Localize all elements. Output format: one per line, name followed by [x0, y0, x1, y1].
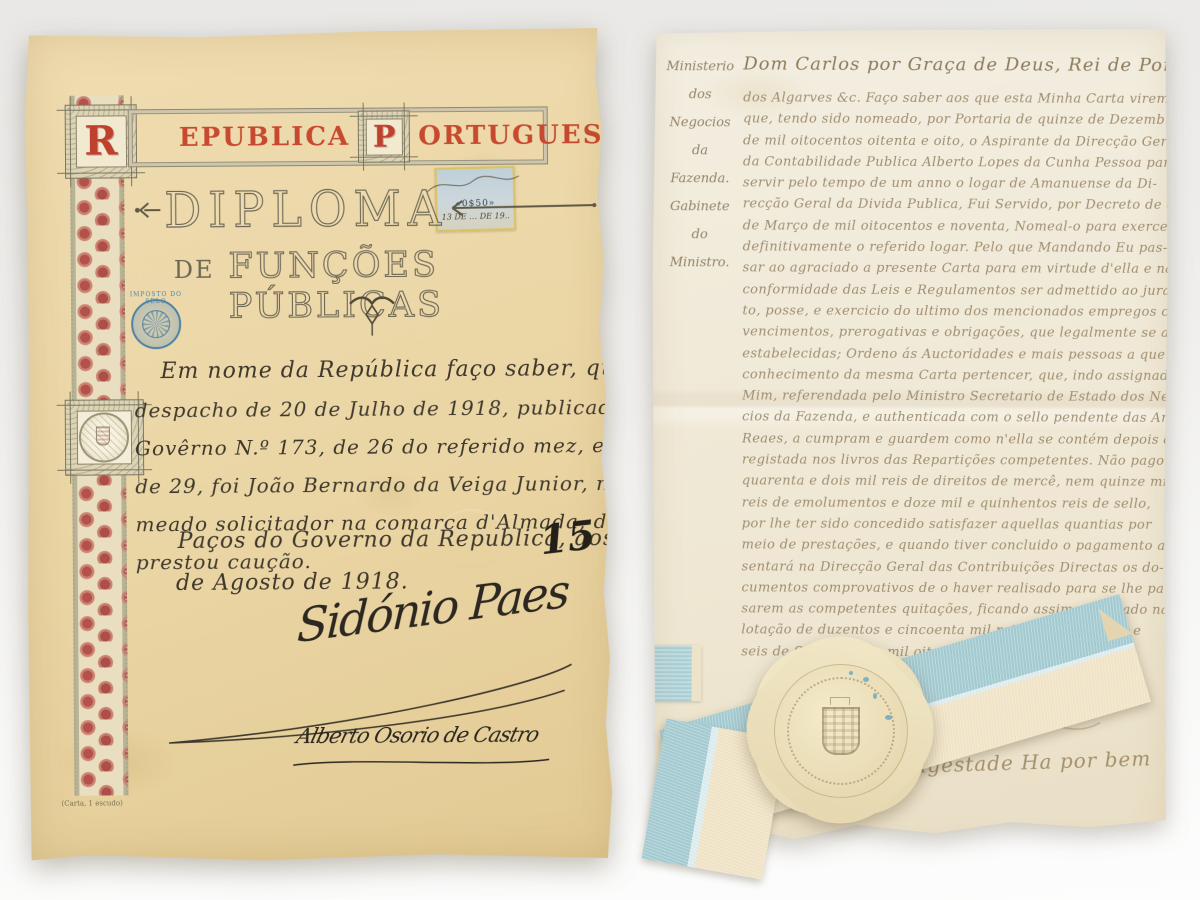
handwritten-line: servir pelo tempo de um anno o logar de … — [743, 173, 1165, 196]
margin-line: Gabinete — [657, 193, 743, 221]
handwritten-line: da Contabilidade Publica Alberto Lopes d… — [743, 151, 1165, 174]
margin-line: Ministro. — [657, 249, 743, 277]
fleuron-left-icon — [130, 195, 164, 225]
header-word-portuguesa: ORTUGUESA — [418, 120, 626, 151]
handwritten-line: recção Geral da Divida Publica, Fui Serv… — [743, 194, 1165, 217]
dateline-day: 15 — [537, 511, 598, 564]
printer-note: (Carta, 1 escudo) — [61, 799, 122, 807]
margin-line: Negocios — [657, 109, 743, 137]
initial-letter-p: P — [366, 118, 403, 155]
pendent-paper-seal — [745, 635, 935, 825]
header-banner: EPUBLICA P ORTUGUESA — [128, 106, 548, 167]
margin-line: do — [657, 221, 743, 249]
blue-speck — [873, 693, 877, 699]
handwritten-line: estabelecidas; Ordeno ás Auctoridades e … — [742, 343, 1164, 366]
title-diploma: DIPLOMA — [164, 180, 448, 239]
shield-icon — [96, 426, 110, 445]
title-row: DIPLOMA — [130, 180, 598, 237]
fleuron-ornament-icon — [344, 291, 400, 337]
subtitle-de: DE — [174, 256, 215, 284]
handwritten-line: despacho de 20 de Julho de 1918, publica… — [135, 388, 615, 429]
seal-embossed-face — [774, 664, 908, 798]
ministry-margin-note: MinisteriodosNegociosdaFazenda.Gabineted… — [657, 53, 744, 277]
handwritten-line: vencimentos, prerogativas e obrigações, … — [742, 322, 1164, 345]
margin-line: dos — [657, 81, 743, 109]
margin-line: da — [657, 137, 743, 165]
handwritten-line: por lhe ter sido concedido satisfazer aq… — [742, 513, 1164, 536]
handwritten-line: conhecimento da mesma Carta pertencer, q… — [742, 364, 1164, 387]
margin-line: Fazenda. — [657, 165, 743, 193]
tax-stamp-cross-icon — [142, 310, 170, 338]
diploma-paper: R EPUBLICA P ORTUGUESA — [24, 28, 615, 862]
handwritten-line: to, posse, e exercicio do ultimo dos men… — [742, 300, 1164, 323]
subtitle-funcoes-publicas: FUNÇÕES PÚBLICAS — [228, 244, 611, 327]
handwritten-line: reis de emolumentos e doze mil e quinhen… — [742, 492, 1164, 515]
handwritten-line: registada nos livros das Repartições com… — [742, 449, 1164, 472]
initial-letter-r-box: R — [65, 104, 138, 179]
tax-stamp: IMPOSTO DO SELO — [129, 291, 183, 351]
initial-letter-p-box: P — [358, 110, 410, 162]
tax-stamp-label: IMPOSTO DO SELO — [129, 291, 183, 305]
handwritten-line: de Março de mil oitocentos e noventa, No… — [743, 215, 1165, 238]
signature-minister-underline — [291, 752, 553, 770]
handwritten-line: dos Algarves &c. Faço saber aos que esta… — [743, 87, 1165, 110]
handwritten-line: sar ao agraciado a presente Carta para e… — [743, 258, 1165, 281]
signature-minister: Alberto Osorio de Castro — [294, 722, 541, 748]
coat-of-arms-medallion — [65, 399, 145, 476]
royal-arms-icon — [822, 707, 860, 755]
blue-speck — [849, 671, 853, 675]
fleuron-right-icon — [448, 192, 598, 223]
header-word-republica: EPUBLICA — [179, 122, 351, 153]
blue-speck — [863, 677, 869, 682]
blue-speck — [885, 715, 892, 720]
handwritten-line: Mim, referendada pelo Ministro Secretari… — [742, 386, 1164, 409]
handwritten-line: Govêrno N.º 173, de 26 do referido mez, … — [135, 426, 615, 467]
handwritten-line: de mil oitocentos oitenta e oito, o Aspi… — [743, 130, 1165, 153]
handwritten-line: definitivamente o referido logar. Pelo q… — [743, 236, 1165, 259]
handwritten-line: cumentos comprovativos de o haver realis… — [741, 577, 1163, 600]
handwritten-line: sentará na Direcção Geral das Contribuiç… — [742, 556, 1164, 579]
handwritten-line: quarenta e dois mil reis de direitos de … — [742, 471, 1164, 494]
handwritten-line: meio de prestações, e quando tiver concl… — [742, 535, 1164, 558]
royal-letter-body: dos Algarves &c. Faço saber aos que esta… — [741, 87, 1165, 663]
seal-legend-ring — [787, 677, 895, 785]
handwritten-line: Em nome da República faço saber, que por — [134, 350, 614, 391]
handwritten-line: Reaes, a cumpram e guardem como n'ella s… — [742, 428, 1164, 451]
ribbon-fragment — [653, 645, 701, 701]
handwritten-line: que, tendo sido nomeado, por Portaria de… — [743, 109, 1165, 132]
margin-line: Ministerio — [657, 53, 743, 81]
tax-stamp-ring — [131, 299, 181, 349]
handwritten-line: de 29, foi João Bernardo da Veiga Junior… — [135, 464, 615, 505]
handwritten-line: conformidade das Leis e Regulamentos ser… — [742, 279, 1164, 302]
initial-letter-r: R — [75, 115, 126, 168]
crown-icon — [830, 697, 850, 705]
photo-scene: R EPUBLICA P ORTUGUESA — [0, 0, 1200, 900]
armillary-sphere-icon — [79, 412, 129, 462]
diploma-document: R EPUBLICA P ORTUGUESA — [24, 28, 615, 862]
medallion-frame — [76, 410, 132, 464]
royal-letter-opening: Dom Carlos por Graça de Deus, Rei de Por… — [743, 53, 1165, 75]
handwritten-line: cios da Fazenda, e authenticada com o se… — [742, 407, 1164, 430]
